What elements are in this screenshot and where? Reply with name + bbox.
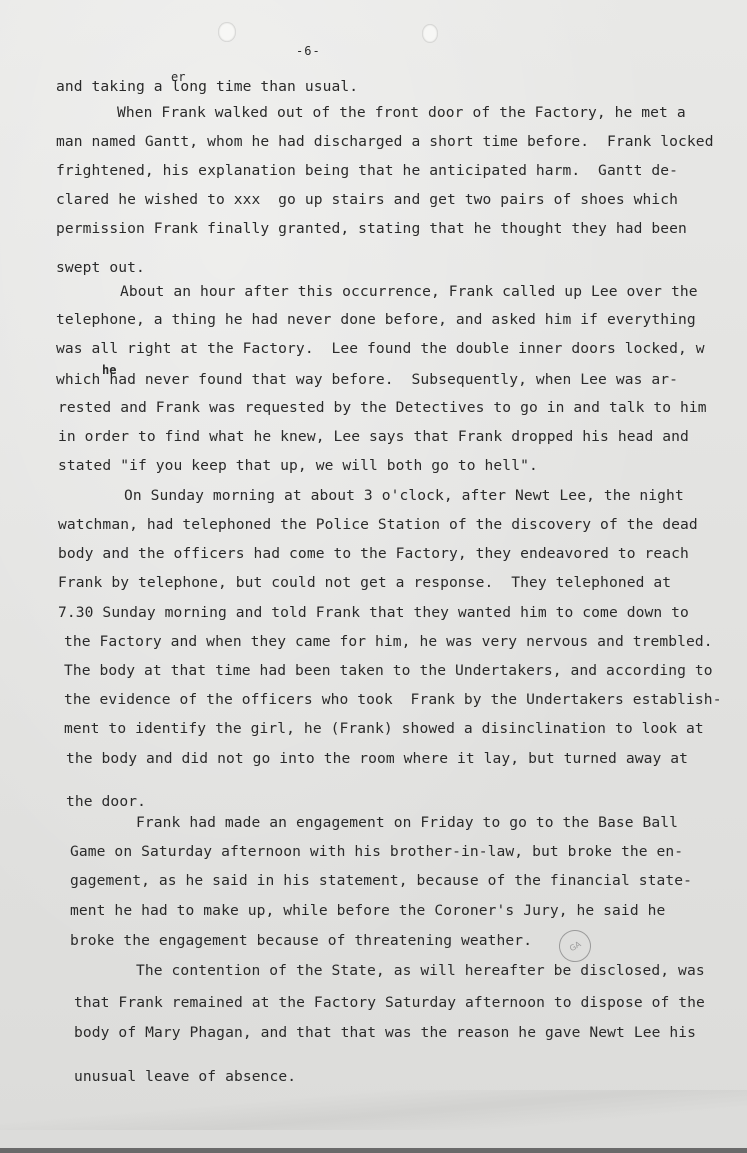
body-line: Frank by telephone, but could not get a … xyxy=(58,574,671,591)
body-line: the Factory and when they came for him, … xyxy=(64,633,713,650)
body-line: swept out. xyxy=(56,259,145,276)
body-line: clared he wished to xxx go up stairs and… xyxy=(56,191,678,208)
punch-hole-right xyxy=(422,24,438,43)
body-line: in order to find what he knew, Lee says … xyxy=(58,428,689,445)
body-line: The body at that time had been taken to … xyxy=(64,662,713,679)
body-line: frightened, his explanation being that h… xyxy=(56,162,678,179)
paragraph-start-line: About an hour after this occurrence, Fra… xyxy=(120,283,698,300)
paragraph-start-line: The contention of the State, as will her… xyxy=(136,962,705,979)
paper-fold-shadow xyxy=(0,1090,747,1130)
body-line: body of Mary Phagan, and that that was t… xyxy=(74,1024,696,1041)
body-line: permission Frank finally granted, statin… xyxy=(56,220,687,237)
body-line: ment he had to make up, while before the… xyxy=(70,902,665,919)
paragraph-start-line: On Sunday morning at about 3 o'clock, af… xyxy=(124,487,684,504)
body-line: the body and did not go into the room wh… xyxy=(66,750,688,767)
paragraph-start-line: When Frank walked out of the front door … xyxy=(117,104,686,121)
body-line: the evidence of the officers who took Fr… xyxy=(64,691,722,708)
body-line: was all right at the Factory. Lee found … xyxy=(56,340,705,357)
punch-hole-left xyxy=(218,22,236,42)
body-line: man named Gantt, whom he had discharged … xyxy=(56,133,714,150)
body-line: rested and Frank was requested by the De… xyxy=(58,399,707,416)
body-line: the door. xyxy=(66,793,146,810)
paragraph-start-line: Frank had made an engagement on Friday t… xyxy=(136,814,678,831)
body-line: stated "if you keep that up, we will bot… xyxy=(58,457,538,474)
body-line: which had never found that way before. S… xyxy=(56,371,678,388)
body-line: that Frank remained at the Factory Satur… xyxy=(74,994,705,1011)
body-line: body and the officers had come to the Fa… xyxy=(58,545,689,562)
page-number: -6- xyxy=(296,44,321,58)
typed-document-page: -6- er he and taking a long time than us… xyxy=(0,0,747,1153)
body-line: and taking a long time than usual. xyxy=(56,78,358,95)
body-line: ment to identify the girl, he (Frank) sh… xyxy=(64,720,704,737)
body-line: unusual leave of absence. xyxy=(74,1068,296,1085)
body-line: 7.30 Sunday morning and told Frank that … xyxy=(58,604,689,621)
body-line: gagement, as he said in his statement, b… xyxy=(70,872,692,889)
body-line: Game on Saturday afternoon with his brot… xyxy=(70,843,683,860)
body-line: watchman, had telephoned the Police Stat… xyxy=(58,516,698,533)
page-bottom-edge xyxy=(0,1148,747,1153)
body-line: telephone, a thing he had never done bef… xyxy=(56,311,696,328)
body-line: broke the engagement because of threaten… xyxy=(70,932,532,949)
